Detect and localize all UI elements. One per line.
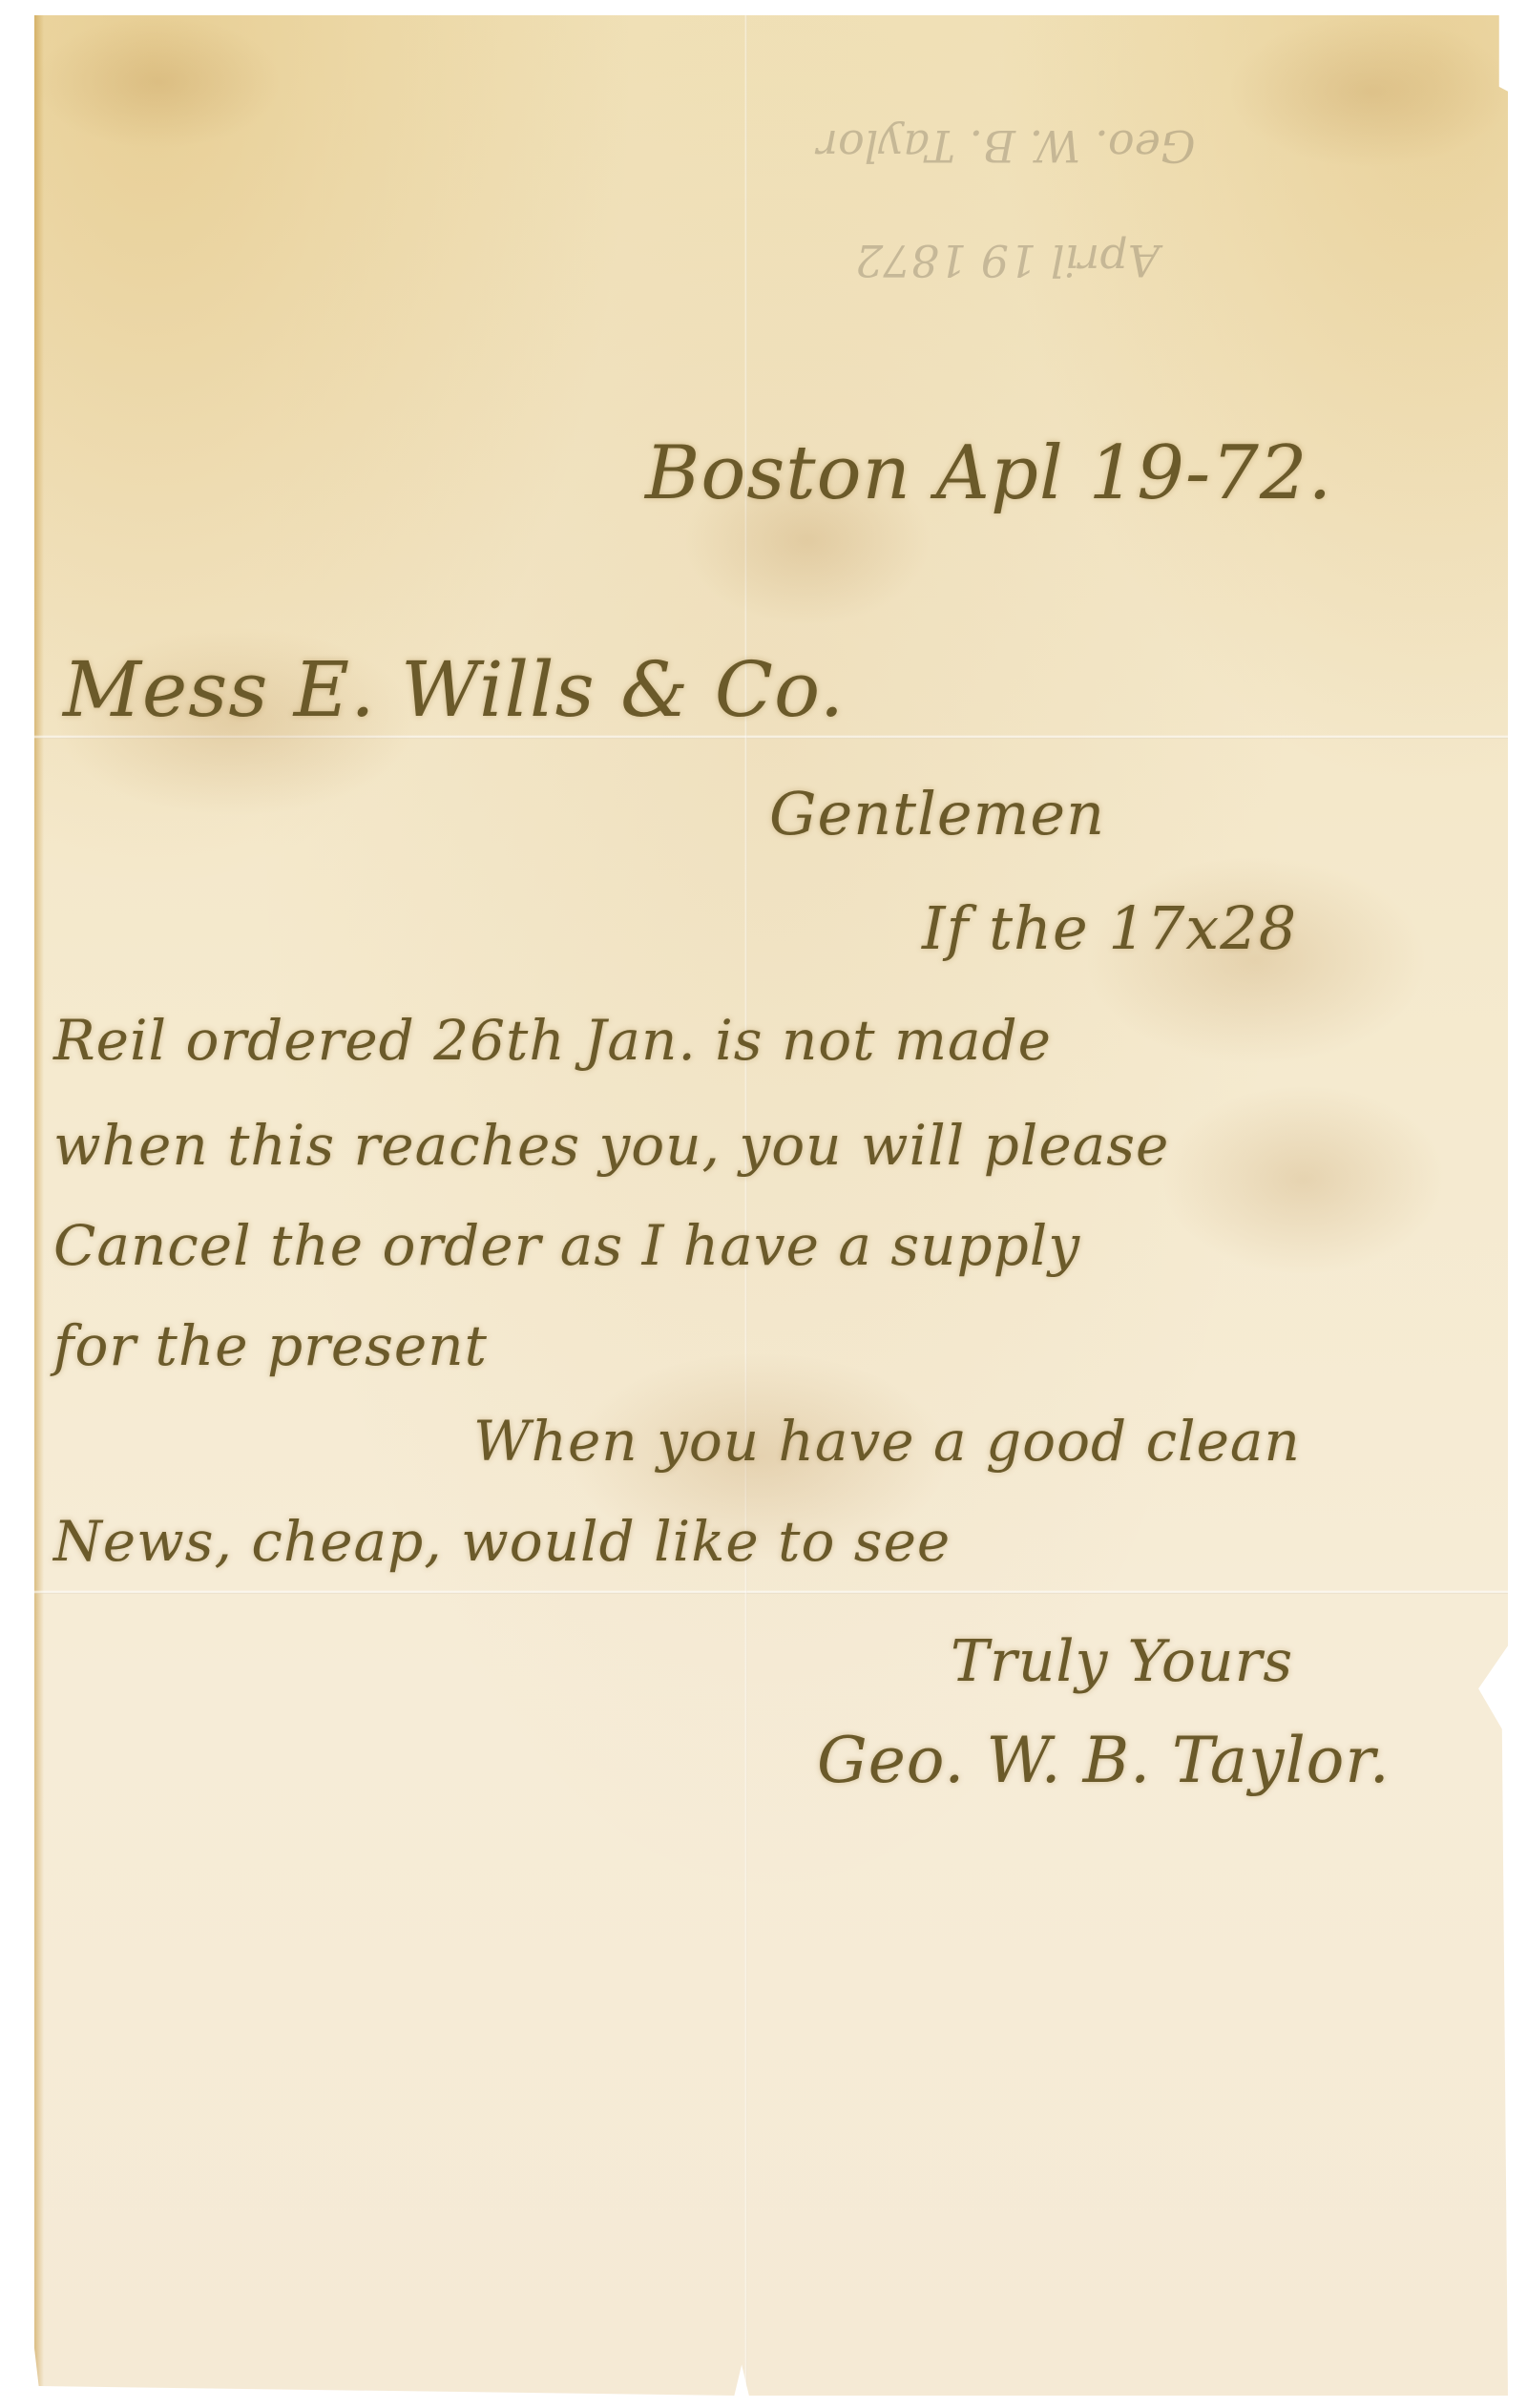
signature: Geo. W. B. Taylor. [817, 1724, 1391, 1797]
stain [1227, 15, 1514, 168]
stain [34, 15, 282, 149]
closing: Truly Yours [951, 1628, 1293, 1695]
salutation: Gentlemen [769, 779, 1105, 848]
body-line: If the 17x28 [922, 893, 1297, 963]
body-line: for the present [53, 1313, 488, 1378]
stain [1161, 1084, 1447, 1275]
addressee: Mess E. Wills & Co. [63, 645, 845, 734]
vertical-fold-line [744, 15, 747, 2396]
body-line: When you have a good clean [473, 1409, 1301, 1474]
dateline: Boston Apl 19-72. [645, 430, 1332, 516]
letter-paper: Geo. W. B. Taylor April 19 1872 Boston A… [34, 15, 1508, 2396]
body-line: Reil ordered 26th Jan. is not made [53, 1008, 1052, 1073]
body-line: when this reaches you, you will please [53, 1113, 1169, 1178]
body-line: News, cheap, would like to see [53, 1509, 951, 1574]
docket-date: April 19 1872 [855, 235, 1160, 286]
body-line: Cancel the order as I have a supply [53, 1213, 1080, 1278]
paper-edge-stain [34, 15, 44, 2396]
horizontal-fold-line [34, 1590, 1508, 1594]
docket-name: Geo. W. B. Taylor [817, 120, 1196, 172]
